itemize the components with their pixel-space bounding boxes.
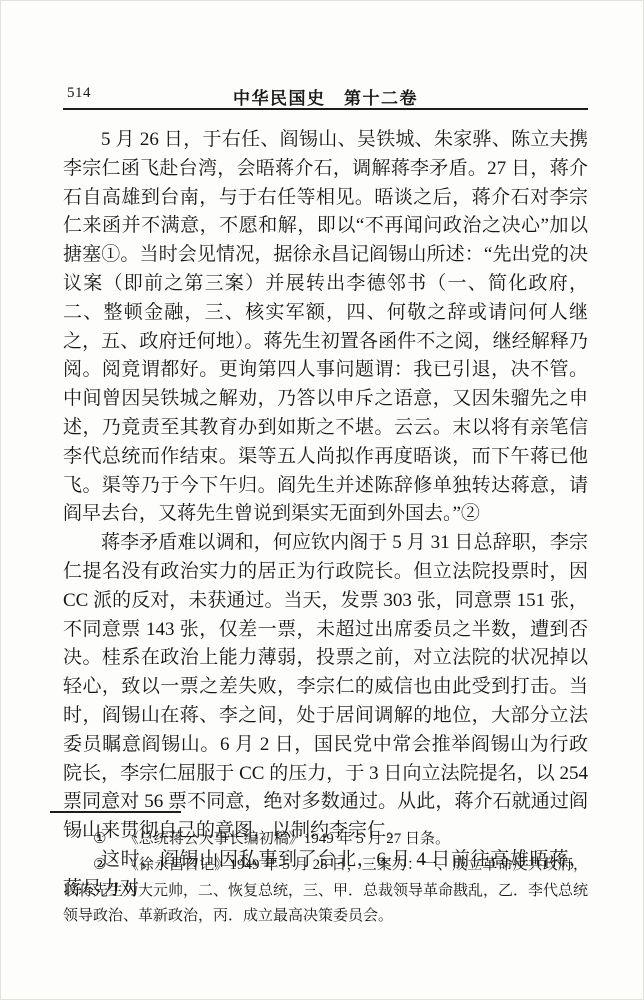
footnote-separator-rule: [50, 811, 181, 813]
book-page: 514 中华民国史 第十二卷 5 月 26 日，于右任、阎锡山、吴铁城、朱家骅、…: [0, 0, 644, 1000]
header-rule: [63, 108, 588, 110]
footnote-1-text: 《总统蒋公大事长编初稿》1949 年 5 月 27 日条。: [124, 831, 450, 847]
body-paragraph-1: 5 月 26 日，于右任、阎锡山、吴铁城、朱家骅、陈立夫携李宗仁函飞赴台湾，会晤…: [63, 126, 588, 529]
footnote-2: ②《徐永昌日记》1949 年 5 月 28 日，三案为：一、成立革命反共政府，以…: [63, 853, 588, 930]
footnote-2-text: 《徐永昌日记》1949 年 5 月 28 日，三案为：一、成立革命反共政府，以蒋…: [63, 857, 588, 925]
body-text: 5 月 26 日，于右任、阎锡山、吴铁城、朱家骅、陈立夫携李宗仁函飞赴台湾，会晤…: [63, 126, 588, 904]
running-head: 514 中华民国史 第十二卷: [63, 84, 588, 106]
body-paragraph-2: 蒋李矛盾难以调和，何应钦内阁于 5 月 31 日总辞职，李宗仁提名没有政治实力的…: [63, 529, 588, 846]
footnotes: ①《总统蒋公大事长编初稿》1949 年 5 月 27 日条。 ②《徐永昌日记》1…: [63, 827, 588, 930]
footnote-2-marker: ②: [93, 857, 107, 873]
footnote-1-marker: ①: [93, 831, 106, 847]
running-head-title: 中华民国史 第十二卷: [63, 84, 588, 109]
footnote-1: ①《总统蒋公大事长编初稿》1949 年 5 月 27 日条。: [63, 827, 588, 853]
